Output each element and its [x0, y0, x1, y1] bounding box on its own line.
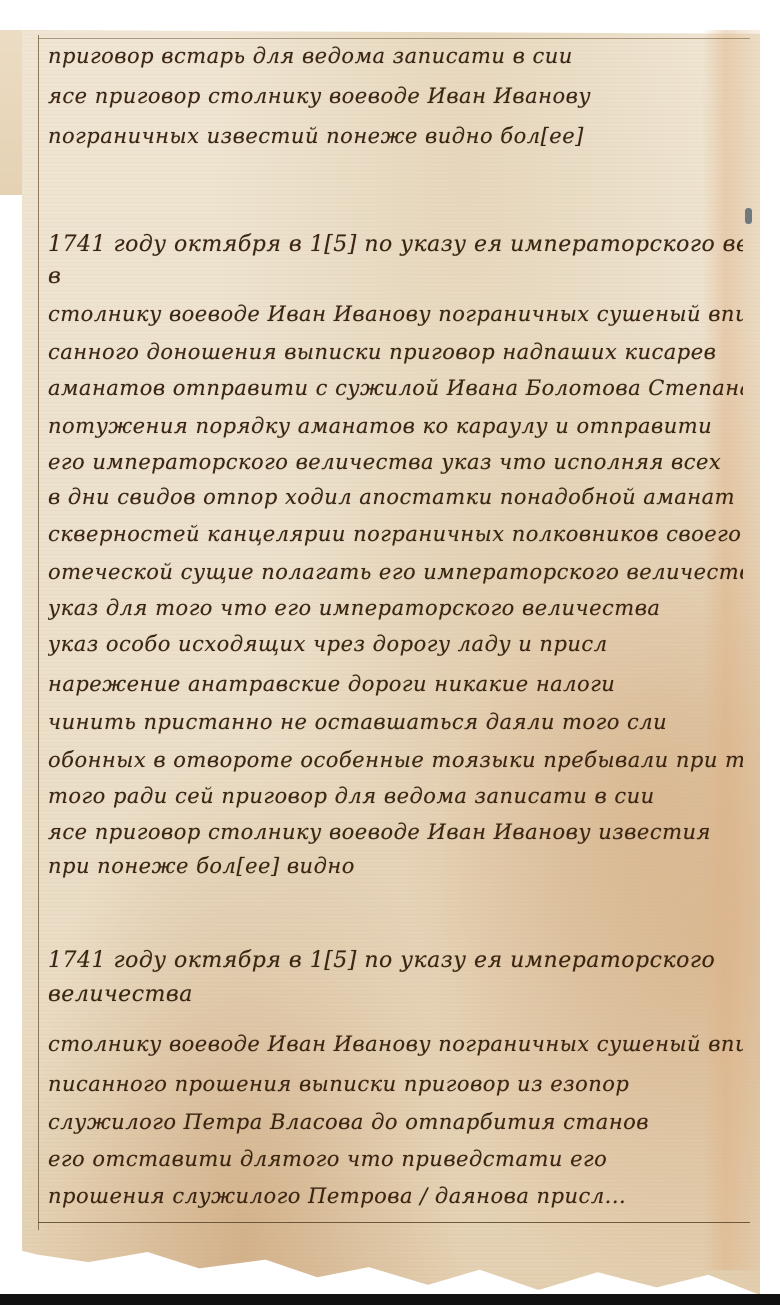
manuscript-line: скверностей канцелярии пограничных полко…	[48, 522, 743, 546]
manuscript-line: указ для того что его императорского вел…	[48, 596, 743, 620]
manuscript-line: пограничных известий понеже видно бол[ее…	[48, 124, 743, 148]
document-canvas: приговор встарь для ведома записати в си…	[0, 0, 780, 1305]
date-heading-continuation: величества	[48, 982, 743, 1007]
date-heading-continuation: в	[48, 264, 743, 289]
manuscript-line: ясе приговор столнику воеводе Иван Ивано…	[48, 820, 743, 844]
manuscript-line: того ради сей приговор для ведома записа…	[48, 784, 743, 808]
manuscript-line: отеческой сущие полагать его императорск…	[48, 560, 743, 584]
manuscript-line: столнику воеводе Иван Иванову пограничны…	[48, 302, 743, 326]
manuscript-line: нарежение анатравские дороги никакие нал…	[48, 672, 743, 696]
binding-pin-icon	[745, 208, 752, 224]
manuscript-line: его отставити длятого что приведстати ег…	[48, 1147, 743, 1171]
margin-rule-top	[38, 38, 750, 39]
manuscript-line: обонных в отвороте особенные тоязыки пре…	[48, 748, 743, 772]
manuscript-line: приговор встарь для ведома записати в си…	[48, 44, 743, 68]
manuscript-line: санного доношения выписки приговор надпа…	[48, 340, 743, 364]
margin-rule-left	[38, 35, 39, 1230]
manuscript-line: его императорского величества указ что и…	[48, 450, 743, 474]
date-heading: 1741 году октября в 1[5] по указу ея имп…	[48, 232, 743, 257]
manuscript-line: в дни свидов отпор ходил апостатки понад…	[48, 485, 743, 509]
manuscript-line: при понеже бол[ее] видно	[48, 854, 743, 878]
manuscript-line: служилого Петра Власова до отпарбития ст…	[48, 1110, 743, 1134]
margin-rule-bottom	[38, 1222, 750, 1223]
manuscript-line: аманатов отправити с сужилой Ивана Болот…	[48, 376, 743, 400]
date-heading: 1741 году октября в 1[5] по указу ея имп…	[48, 948, 743, 973]
parchment-sheet	[22, 30, 760, 1295]
manuscript-line: прошения служилого Петрова / даянова при…	[48, 1184, 743, 1208]
manuscript-line: чинить пристанно не оставшаться даяли то…	[48, 710, 743, 734]
scan-bottom-edge	[0, 1294, 780, 1305]
manuscript-line: потужения порядку аманатов ко караулу и …	[48, 414, 743, 438]
manuscript-line: столнику воеводе Иван Иванову пограничны…	[48, 1032, 743, 1056]
manuscript-line: писанного прошения выписки приговор из е…	[48, 1072, 743, 1096]
manuscript-line: ясе приговор столнику воеводе Иван Ивано…	[48, 84, 743, 108]
manuscript-line: указ особо исходящих чрез дорогу ладу и …	[48, 632, 743, 656]
